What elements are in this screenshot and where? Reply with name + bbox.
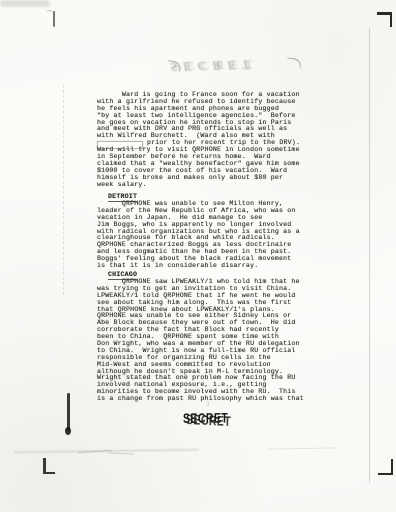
- scan-smudge: [0, 0, 50, 7]
- paragraph-lines: QRPHONE was unable to see Milton Henry,l…: [97, 201, 319, 270]
- crop-mark-bottom-left: [43, 458, 55, 474]
- fold-line: [63, 85, 64, 295]
- crop-mark-top-right: [377, 12, 392, 27]
- chicago-paragraph: QRPHONE saw LPWEAKLY/1 who told him that…: [97, 279, 319, 403]
- classification-stamp-bottom: SECRET SECRET: [183, 411, 249, 427]
- detroit-paragraph: QRPHONE was unable to see Milton Henry,l…: [97, 201, 319, 270]
- paragraph-lines: Ward will try to visit QRPHONE in London…: [97, 147, 319, 188]
- classification-stamp-top: SECRET SECRET: [162, 54, 304, 78]
- scanned-document-page: SECRET SECRET Ward is going to France so…: [0, 0, 396, 512]
- text-line: week salary.: [97, 182, 319, 189]
- text-line: is that it is in considerable disarray.: [97, 263, 319, 270]
- paragraph-lines: Ward is going to France soon for a vacat…: [97, 92, 319, 140]
- stamp-impression: SECRET: [172, 57, 260, 74]
- stamp-impression: SECRET: [186, 412, 231, 429]
- scan-streak: [268, 447, 338, 449]
- pen-hook-mark: [46, 10, 53, 15]
- intro-paragraph: Ward is going to France soon for a vacat…: [97, 92, 319, 188]
- page-edge-line: [369, 28, 370, 483]
- paragraph-lines: QRPHONE saw LPWEAKLY/1 who told him that…: [97, 279, 319, 403]
- page-number: 3: [206, 401, 210, 408]
- pen-stroke-mark: [67, 393, 70, 431]
- crop-mark-top-left: [53, 11, 55, 27]
- pen-stroke-blob: [65, 427, 71, 435]
- crop-mark-bottom-right: [378, 459, 393, 475]
